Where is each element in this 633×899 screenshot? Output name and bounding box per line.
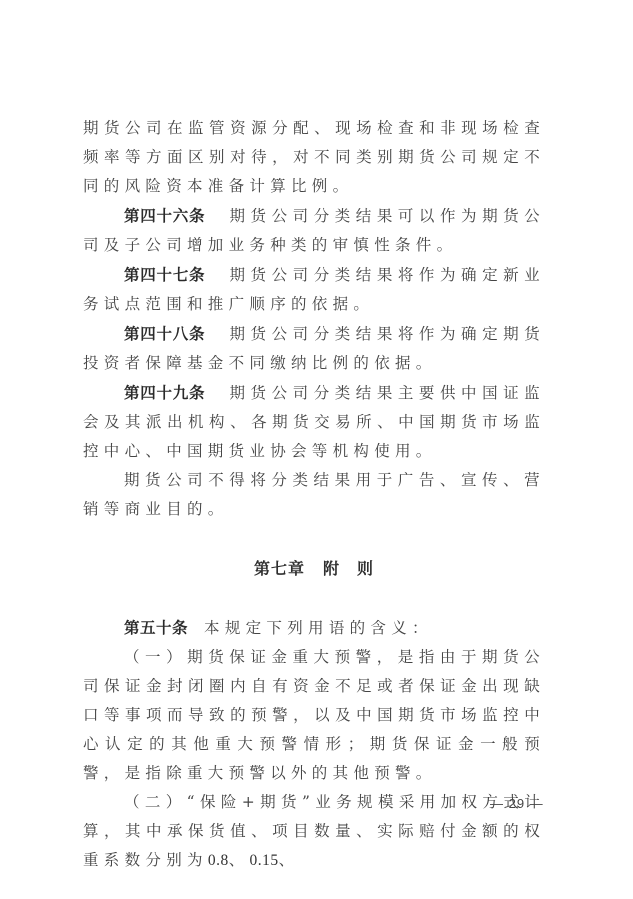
article-50: 第五十条本规定下列用语的含义： — [83, 613, 545, 643]
page-number: — 29 — — [490, 796, 544, 811]
chapter-title-text: 附 则 — [323, 559, 374, 578]
article-48: 第四十八条期货公司分类结果将作为确定期货投资者保障基金不同缴纳比例的依据。 — [83, 319, 545, 378]
document-body: 期货公司在监管资源分配、现场检查和非现场检查频率等方面区别对待，对不同类别期货公… — [83, 114, 545, 875]
article-50-item-1: （一）期货保证金重大预警，是指由于期货公司保证金封闭圈内自有资金不足或者保证金出… — [83, 643, 545, 788]
paragraph-continuation: 期货公司在监管资源分配、现场检查和非现场检查频率等方面区别对待，对不同类别期货公… — [83, 114, 545, 201]
article-49-paragraph-2: 期货公司不得将分类结果用于广告、宣传、营销等商业目的。 — [83, 466, 545, 524]
separator: 、 — [229, 851, 250, 869]
article-46: 第四十六条期货公司分类结果可以作为期货公司及子公司增加业务种类的审慎性条件。 — [83, 201, 545, 260]
article-label: 第四十八条 — [124, 324, 205, 343]
item-text: （二）“保险+期货”业务规模采用加权方式计算，其中承保货值、项目数量、实际赔付金… — [83, 793, 545, 869]
chapter-number: 第七章 — [254, 559, 305, 578]
article-text: 本规定下列用语的含义： — [204, 619, 433, 637]
article-50-item-2: （二）“保险+期货”业务规模采用加权方式计算，其中承保货值、项目数量、实际赔付金… — [83, 788, 545, 875]
article-47: 第四十七条期货公司分类结果将作为确定新业务试点范围和推广顺序的依据。 — [83, 260, 545, 319]
article-49: 第四十九条期货公司分类结果主要供中国证监会及其派出机构、各期货交易所、中国期货市… — [83, 378, 545, 466]
article-label: 第五十条 — [124, 618, 188, 637]
weight-value-1: 0.8 — [208, 852, 229, 869]
trailing-text: 、 — [279, 851, 300, 869]
weight-value-2: 0.15 — [250, 852, 279, 869]
chapter-heading: 第七章附 则 — [83, 554, 545, 583]
article-label: 第四十七条 — [124, 265, 205, 284]
document-page: 期货公司在监管资源分配、现场检查和非现场检查频率等方面区别对待，对不同类别期货公… — [0, 0, 633, 899]
article-label: 第四十六条 — [124, 206, 205, 225]
article-label: 第四十九条 — [124, 383, 205, 402]
